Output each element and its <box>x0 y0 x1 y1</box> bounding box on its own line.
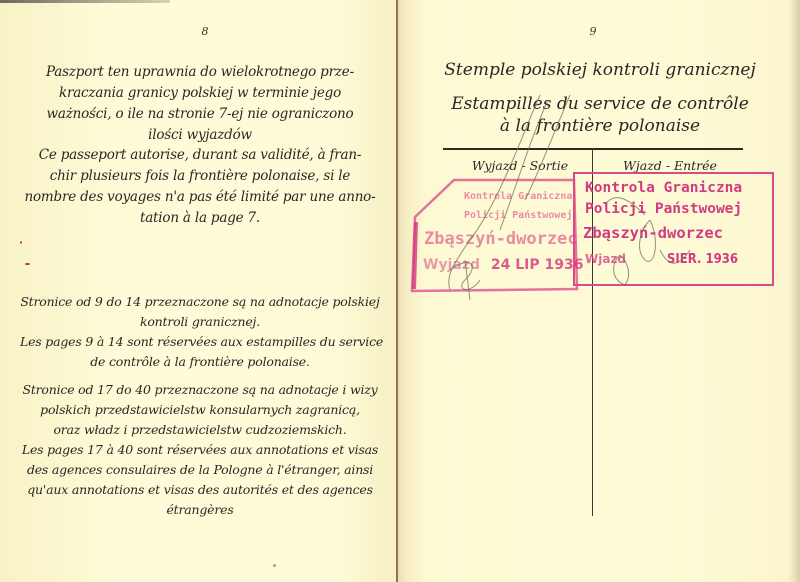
exit-stamp: Kontrola Graniczna Policji Państwowej Zb… <box>409 177 574 290</box>
text-line: des agences consulaires de la Pologne à … <box>20 460 380 480</box>
text-line: Ce passeport autorise, durant sa validit… <box>20 145 380 166</box>
page-number-left: 8 <box>185 25 225 38</box>
text-line: Les pages 17 à 40 sont réservées aux ann… <box>20 440 380 460</box>
entry-stamp: Kontrola Graniczna Policji Państwowej Zb… <box>573 172 774 286</box>
text-line: qu'aux annotations et visas des autorité… <box>20 480 380 500</box>
stamp-line: Zbąszyń-dworzec <box>424 229 578 249</box>
title-line: à la frontière polonaise <box>440 115 760 137</box>
stamp-label: Wjazd <box>585 252 626 266</box>
text-line: Stronice od 9 do 14 przeznaczone są na a… <box>20 292 380 312</box>
text-line: Les pages 9 à 14 sont réservées aux esta… <box>20 332 380 352</box>
stamp-line: Kontrola Graniczna <box>585 180 742 196</box>
text-line: oraz władz i przedstawicielstw cudzoziem… <box>20 420 380 440</box>
text-line: ważności, o ile na stronie 7-ej nie ogra… <box>20 104 380 125</box>
paper-stain <box>20 241 22 244</box>
text-line: chir plusieurs fois la frontière polonai… <box>20 166 380 187</box>
page-edge-shadow <box>0 0 170 3</box>
book-gutter <box>396 0 398 582</box>
paper-stain <box>273 564 276 567</box>
text-line: kontroli granicznej. <box>20 312 380 332</box>
column-header-entry: Wjazd - Entrée <box>595 158 745 173</box>
stamp-line: Policji Państwowej <box>585 201 742 217</box>
text-line: étrangères <box>20 500 380 520</box>
title-line: Estampilles du service de contrôle <box>440 93 760 115</box>
stamp-date: SIER. 1936 <box>667 252 738 267</box>
text-line: nombre des voyages n'a pas été limité pa… <box>20 187 380 208</box>
stamp-date-line: Wyjazd 24 LIP 1936 <box>423 257 583 273</box>
page-title-french: Estampilles du service de contrôle à la … <box>440 93 760 137</box>
text-line: Stronice od 17 do 40 przeznaczone są na … <box>20 380 380 400</box>
validity-notice: Paszport ten uprawnia do wielokrotnego p… <box>20 62 380 229</box>
text-line: polskich przedstawicielstw konsularnych … <box>20 400 380 420</box>
stamp-line: Policji Państwowej <box>464 210 572 221</box>
stamp-line: Zbąszyń-dworzec <box>583 224 723 242</box>
stamp-date: 24 LIP 1936 <box>491 257 584 273</box>
text-line: Paszport ten uprawnia do wielokrotnego p… <box>20 62 380 83</box>
page-title-polish: Stemple polskiej kontroli granicznej <box>440 59 760 81</box>
stamp-label: Wyjazd <box>423 257 480 273</box>
stamp-line: Kontrola Graniczna <box>464 191 572 202</box>
page-number-right: 9 <box>573 25 613 38</box>
column-header-exit: Wyjazd - Sortie <box>445 158 595 173</box>
text-line: de contrôle à la frontière polonaise. <box>20 352 380 372</box>
border-control-pages-notice: Stronice od 9 do 14 przeznaczone są na a… <box>20 292 380 372</box>
visa-pages-notice: Stronice od 17 do 40 przeznaczone są na … <box>20 380 380 520</box>
paper-stain <box>25 263 30 265</box>
text-line: tation à la page 7. <box>20 208 380 229</box>
text-line: kraczania granicy polskiej w terminie je… <box>20 83 380 104</box>
text-line: ilości wyjazdów <box>20 125 380 146</box>
